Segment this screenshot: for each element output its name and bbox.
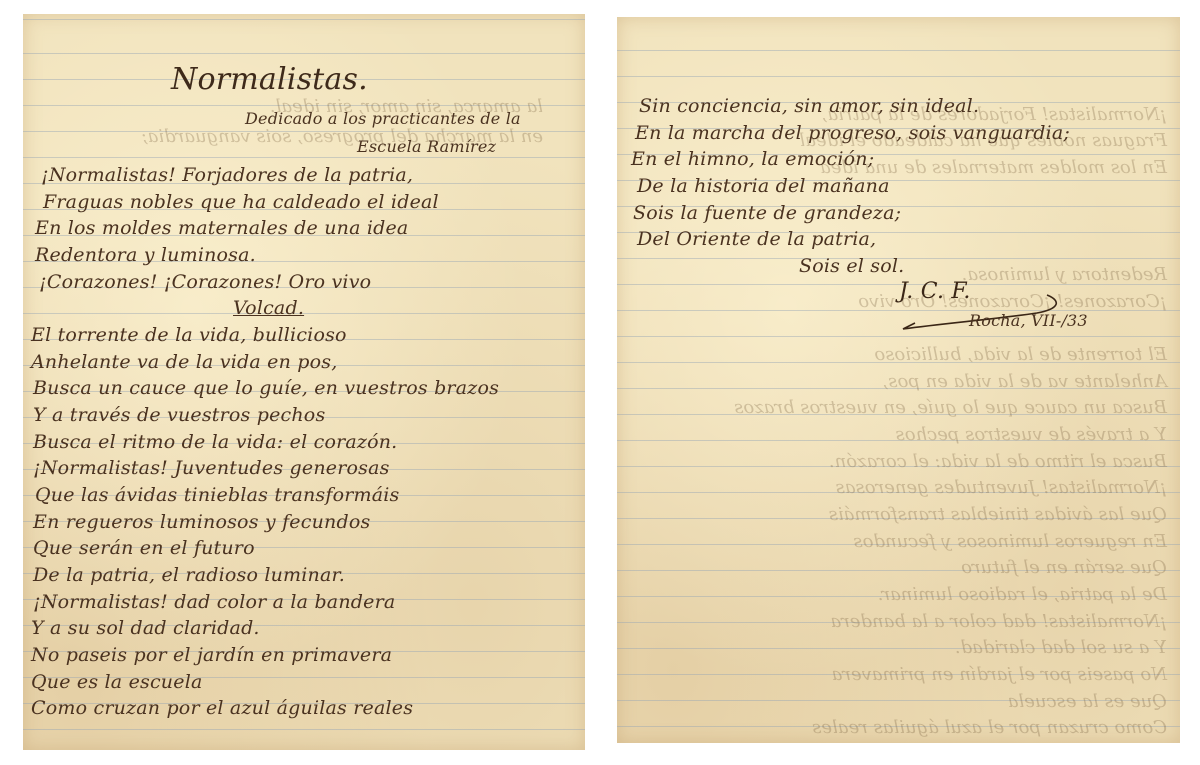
poem-line: Sois la fuente de grandeza;: [633, 202, 901, 224]
poem-title: Normalistas.: [171, 62, 368, 97]
poem-line: El torrente de la vida, bullicioso: [31, 324, 347, 346]
poem-line: Anhelante va de la vida en pos,: [31, 351, 337, 373]
poem-line: Como cruzan por el azul águilas reales: [31, 697, 413, 719]
poem-line: En la marcha del progreso, sois vanguard…: [635, 122, 1070, 144]
poem-line: Que las ávidas tinieblas transformáis: [35, 484, 400, 506]
poem-line: ¡Corazones! ¡Corazones! Oro vivo: [39, 271, 371, 293]
manuscript-page-left: la amarca, sin amor, sin ideal. en la ma…: [23, 14, 585, 750]
manuscript-page-right: ¡Normalistas! Forjadores de la patria, F…: [617, 17, 1180, 743]
poem-line: ¡Normalistas! Forjadores de la patria,: [41, 164, 413, 186]
poem-line: Redentora y luminosa.: [35, 244, 256, 266]
bleed-through-text: Que las ávidas tinieblas transformáis: [829, 504, 1167, 525]
bleed-through-text: ¡Normalistas! Juventudes generosas: [836, 477, 1167, 498]
bleed-through-text: Y a su sol dad claridad.: [955, 637, 1167, 658]
poem-line: No paseis por el jardín en primavera: [31, 644, 392, 666]
bleed-through-text: Que serán en el futuro: [961, 557, 1167, 578]
poem-line: Sin conciencia, sin amor, sin ideal.: [639, 95, 979, 117]
poem-line: En el himno, la emoción;: [631, 148, 874, 170]
author-signature: J. C. F.: [899, 279, 971, 304]
poem-line: Busca un cauce que lo guíe, en vuestros …: [33, 377, 499, 399]
bleed-through-text: De la patria, el radioso luminar.: [878, 584, 1167, 605]
poem-line: Del Oriente de la patria,: [637, 228, 876, 250]
poem-line-closing: Sois el sol.: [799, 255, 904, 277]
poem-line: Busca el ritmo de la vida: el corazón.: [33, 431, 397, 453]
poem-line: Y a través de vuestros pechos: [33, 404, 325, 426]
poem-line: En los moldes maternales de una idea: [35, 217, 408, 239]
poem-line: Fraguas nobles que ha caldeado el ideal: [43, 191, 439, 213]
bleed-through-text: Como cruzan por el azul águilas reales: [812, 717, 1167, 738]
poem-line: En regueros luminosos y fecundos: [33, 511, 370, 533]
dedication-line-2: Escuela Ramírez: [357, 137, 496, 156]
bleed-through-text: Y a través de vuestros pechos: [895, 424, 1167, 445]
bleed-through-text: Redentora y luminosa.: [962, 264, 1167, 285]
dedication-line-1: Dedicado a los practicantes de la: [245, 109, 521, 128]
poem-line: ¡Normalistas! Juventudes generosas: [33, 457, 390, 479]
poem-line: Que es la escuela: [31, 671, 203, 693]
place-date: Rocha, VII-/33: [969, 311, 1088, 330]
bleed-through-text: Que es la escuela: [1008, 691, 1167, 712]
bleed-through-text: Anhelante va de la vida en pos,: [883, 371, 1167, 392]
poem-line: De la patria, el radioso luminar.: [33, 564, 345, 586]
poem-line: Volcad.: [233, 297, 304, 319]
bleed-through-text: El torrente de la vida, bullicioso: [874, 344, 1167, 365]
bleed-through-text: En regueros luminosos y fecundos: [853, 531, 1167, 552]
bleed-through-text: No paseis por el jardín en primavera: [832, 664, 1167, 685]
bleed-through-text: Busca el ritmo de la vida: el corazón.: [829, 451, 1167, 472]
poem-line: Que serán en el futuro: [33, 537, 255, 559]
poem-line: ¡Normalistas! dad color a la bandera: [33, 591, 395, 613]
bleed-through-text: ¡Normalistas! dad color a la bandera: [831, 611, 1168, 632]
bleed-through-text: Busca un cauce que lo guíe, en vuestros …: [734, 397, 1167, 418]
poem-line: De la historia del mañana: [637, 175, 890, 197]
poem-line: Y a su sol dad claridad.: [31, 617, 260, 639]
